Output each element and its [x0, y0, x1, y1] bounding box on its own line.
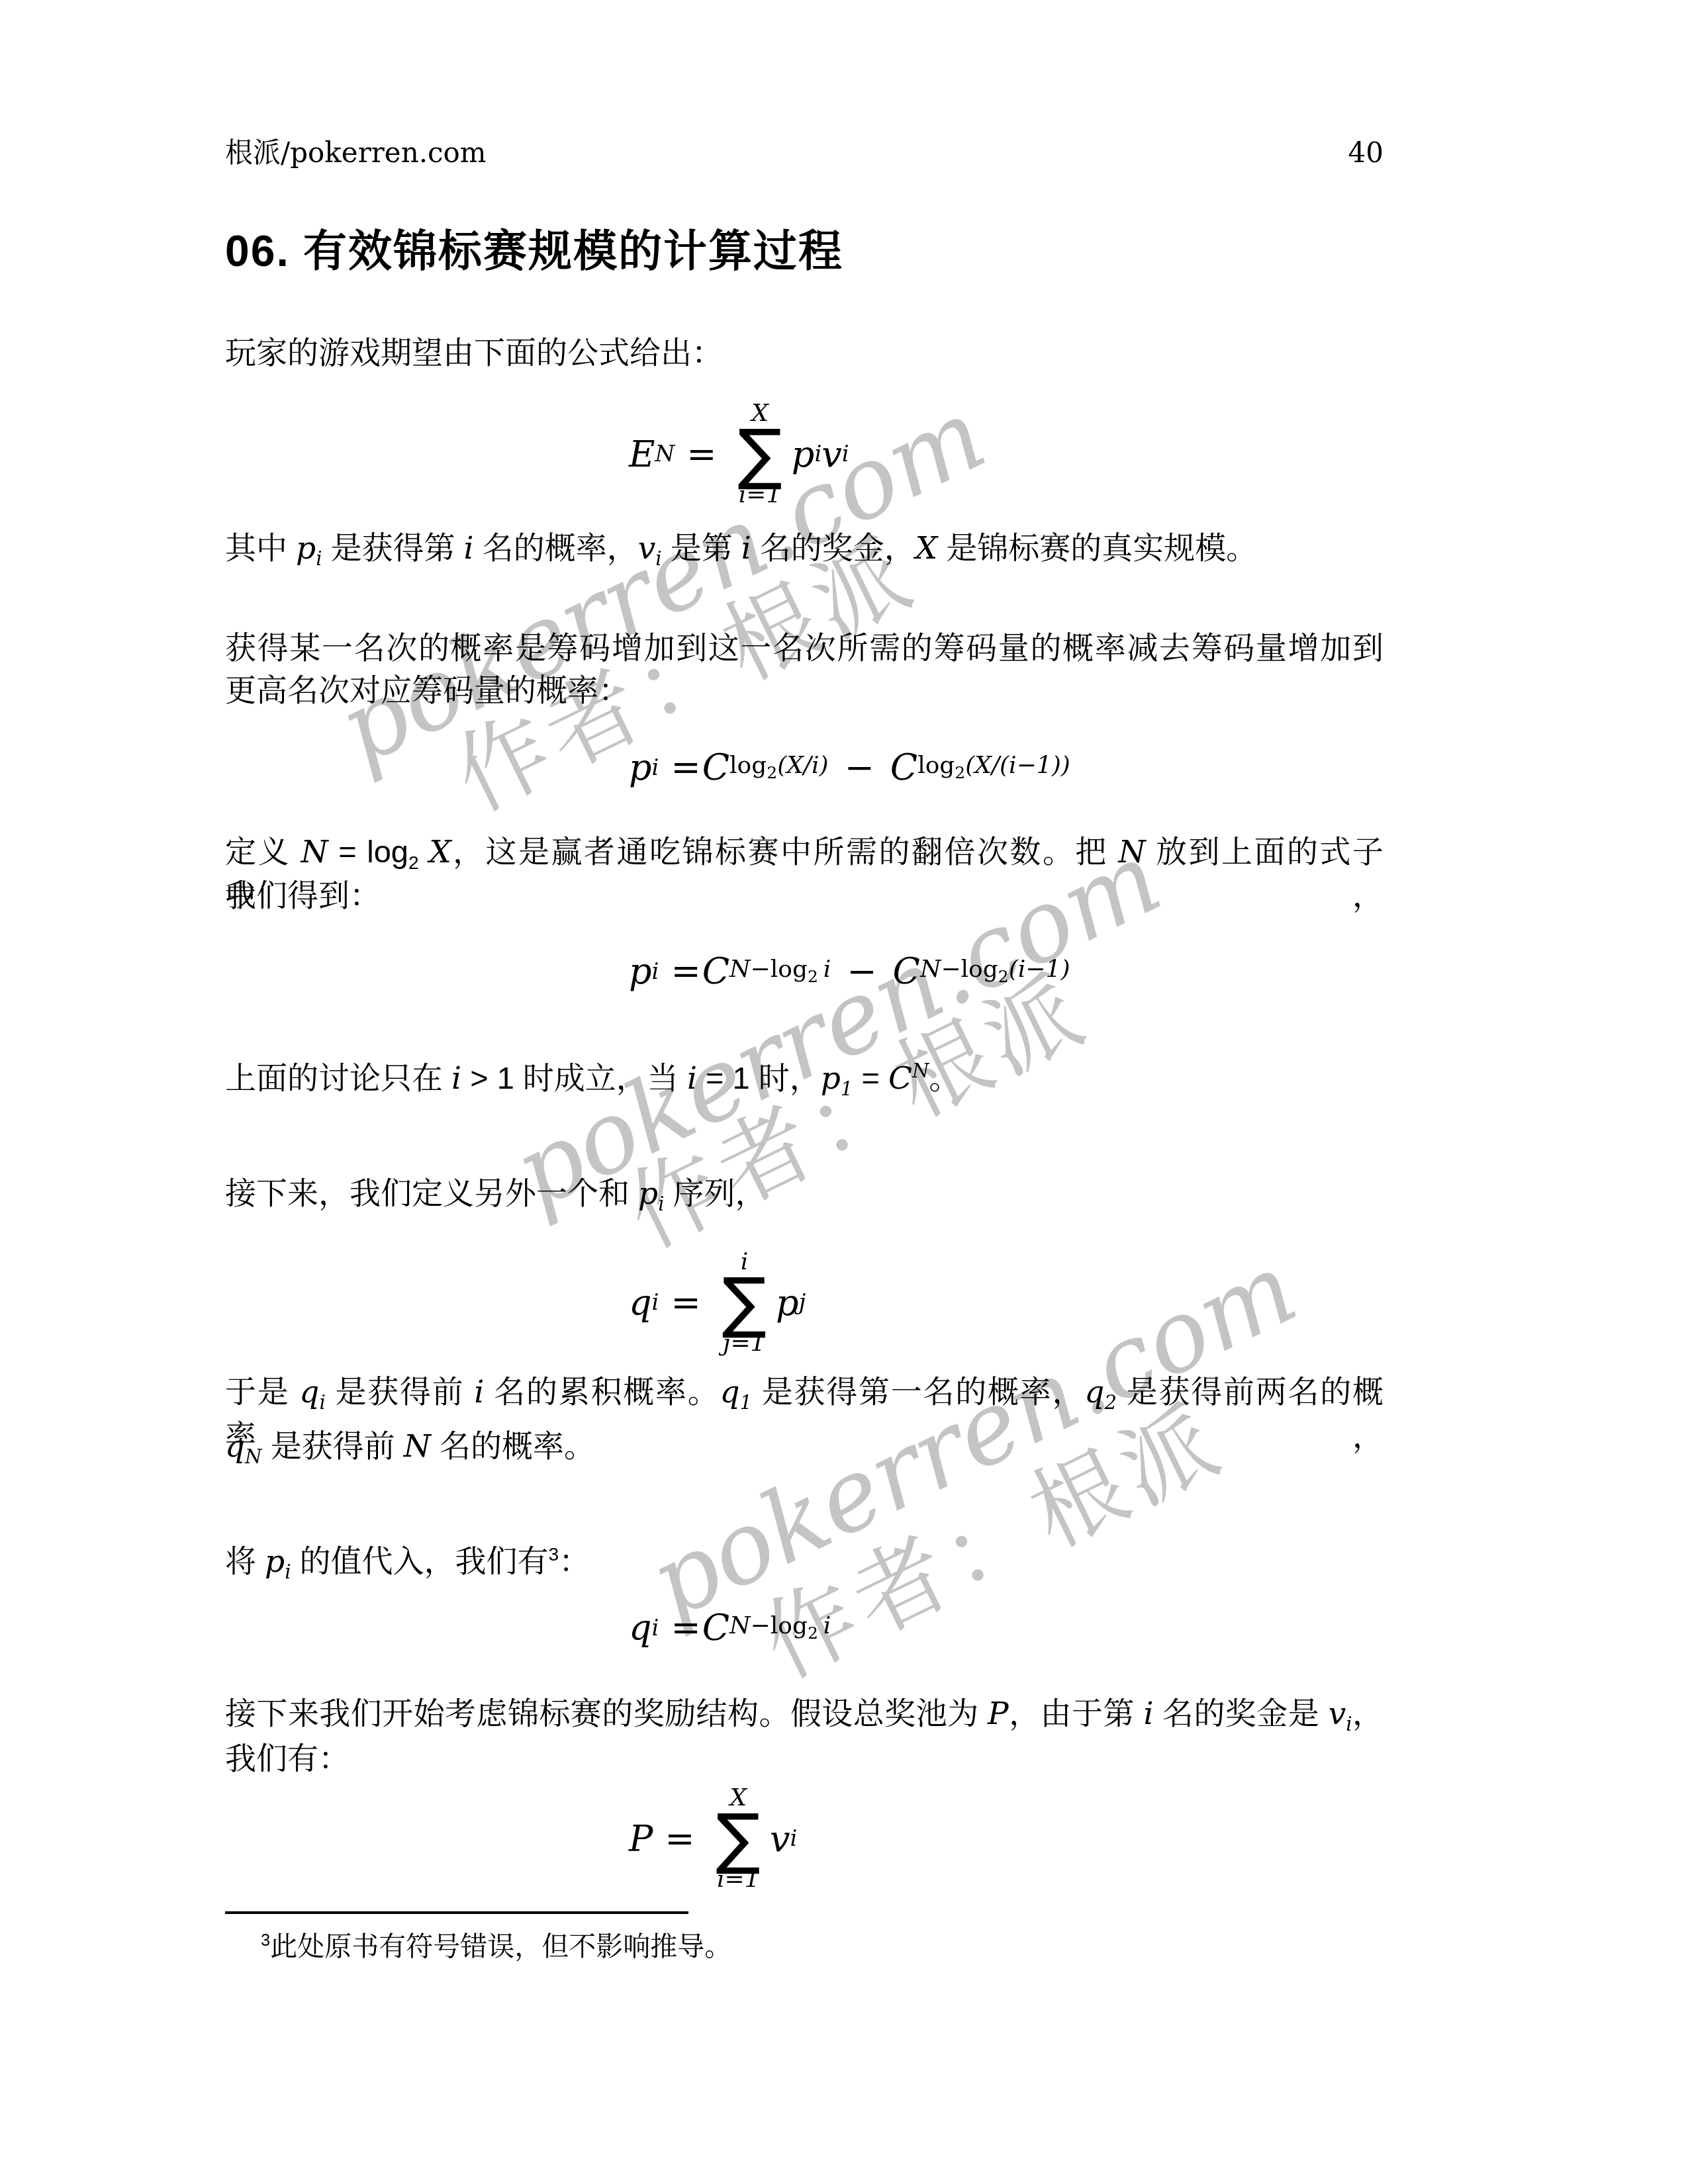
sigma-glyph: ∑ [722, 1275, 767, 1330]
exponent: N−log2(i−1) [920, 958, 1070, 985]
exponent: N−log2i [729, 1614, 831, 1641]
section-title: 06. 有效锦标赛规模的计算过程 [225, 216, 843, 279]
paragraph-expectation-intro: 玩家的游戏期望由下面的公式给出： [225, 332, 1383, 373]
paragraph-probability-line2: 更高名次对应筹码量的概率： [225, 670, 1383, 710]
paragraph-substitute: 将 pi 的值代入，我们有3： [225, 1541, 1383, 1585]
summation-symbol: X ∑ i=1 [737, 400, 782, 509]
sigma-glyph: ∑ [737, 427, 782, 481]
summation-symbol: i ∑ j=1 [722, 1248, 767, 1357]
paragraph-variable-definitions: 其中 pi 是获得第 i 名的概率，vi 是第 i 名的奖金，X 是锦标赛的真实… [225, 527, 1383, 572]
exponent: log2(X/i) [729, 754, 829, 781]
equation-qi-closed-form: qi = CN−log2i [629, 1607, 831, 1649]
exponent: log2(X/(i−1)) [917, 754, 1070, 781]
sigma-glyph: ∑ [716, 1811, 761, 1866]
equation-pi-n: pi = CN−log2i − CN−log2(i−1) [629, 950, 1070, 992]
equation-pi-log: pi = Clog2(X/i) − Clog2(X/(i−1)) [629, 747, 1070, 788]
footnote-rule [225, 1911, 688, 1914]
equation-prize-pool: P = X ∑ i=1 vi [629, 1784, 797, 1893]
paragraph-define-n-line2: 我们得到： [225, 875, 1383, 915]
footnote: 3此处原书有符号错误，但不影响推导。 [261, 1925, 731, 1964]
exponent: N−log2i [729, 958, 831, 985]
paragraph-cumulative-line2: qN 是获得前 N 名的概率。 [225, 1426, 1383, 1470]
paragraph-prize-structure-line2: 我们有： [225, 1738, 1383, 1778]
equation-expectation: EN = X ∑ i=1 pivi [629, 400, 849, 509]
summation-symbol: X ∑ i=1 [716, 1784, 761, 1893]
document-page: pokerren.com 作者：根派 pokerren.com 作者：根派 po… [0, 0, 1688, 2184]
paragraph-prize-structure-line1: 接下来我们开始考虑锦标赛的奖励结构。假设总奖池为 P，由于第 i 名的奖金是 v… [225, 1693, 1383, 1737]
equation-qi-sum: qi = i ∑ j=1 pj [629, 1248, 806, 1357]
paragraph-probability-line1: 获得某一名次的概率是筹码增加到这一名次所需的筹码量的概率减去筹码量增加到 [225, 627, 1383, 668]
page-header: 根派/pokerren.com 40 [225, 131, 1383, 171]
paragraph-define-qi: 接下来，我们定义另外一个和 pi 序列， [225, 1173, 1383, 1217]
paragraph-i-greater-1: 上面的讨论只在 i > 1 时成立，当 i = 1 时，p1 = CN。 [225, 1058, 1383, 1102]
page-number: 40 [1348, 136, 1383, 169]
site-label: 根派/pokerren.com [225, 131, 487, 171]
